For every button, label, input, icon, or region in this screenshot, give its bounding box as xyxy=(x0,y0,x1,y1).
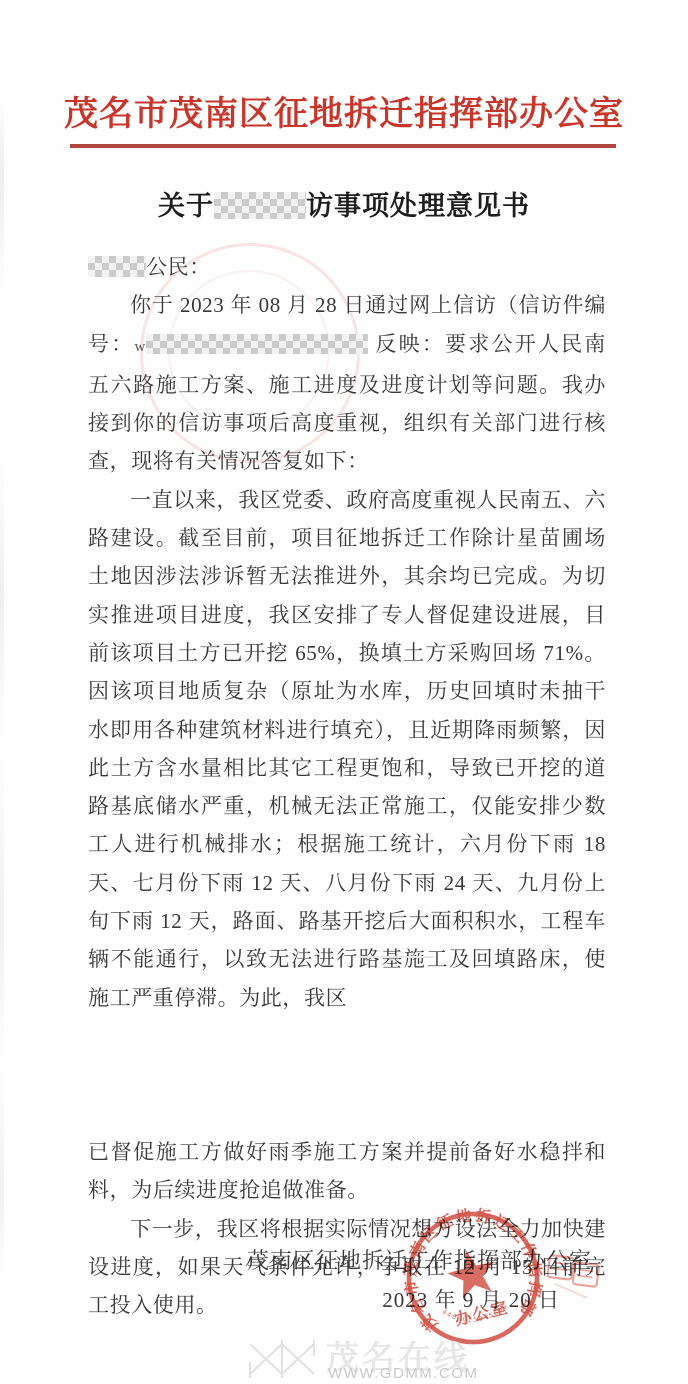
scan-line-artifact xyxy=(358,956,434,958)
redacted-name-block xyxy=(214,192,306,219)
letterhead-title: 茂名市茂南区征地拆迁指挥部办公室 xyxy=(0,86,688,135)
paragraph-1: 你于 2023 年 08 月 28 日通过网上信访（信访件编号：w 反映：要求公… xyxy=(88,286,606,480)
salutation-line: 公民： xyxy=(88,248,606,286)
redacted-petition-number-block xyxy=(146,334,368,354)
document-title-suffix: 访事项处理意见书 xyxy=(306,191,530,221)
stamp-fragment xyxy=(542,1253,604,1309)
document-title-prefix: 关于 xyxy=(158,191,214,221)
redacted-addressee-block xyxy=(88,256,146,277)
watermark-logo-icon xyxy=(248,1336,320,1382)
site-watermark: 茂名在线 WWW.GDMM.COM xyxy=(248,1334,548,1384)
document-title: 关于访事项处理意见书 xyxy=(0,184,688,223)
paragraph-3: 已督促施工方做好雨季施工方案并提前备好水稳拌和料，为后续进度抢追做准备。 xyxy=(88,1133,606,1210)
redaction-lead-char: w xyxy=(134,339,145,355)
watermark-site-url: WWW.GDMM.COM xyxy=(328,1365,478,1382)
salutation-text: 公民： xyxy=(146,255,211,279)
letter-body: 公民： 你于 2023 年 08 月 28 日通过网上信访（信访件编号：w 反映… xyxy=(88,248,606,1324)
letterhead-divider xyxy=(70,144,616,148)
paragraph-2: 一直以来，我区党委、政府高度重视人民南五、六路建设。截至目前，项目征地拆迁工作除… xyxy=(88,481,606,1017)
seal-star xyxy=(443,1245,500,1300)
scanned-document-page: 茂名市茂南区征地拆迁指挥部办公室 关于访事项处理意见书 公民： 你于 2023 … xyxy=(0,0,688,1384)
stamp-fragment-graphic xyxy=(542,1253,604,1309)
scan-edge-artifact xyxy=(0,104,4,1274)
